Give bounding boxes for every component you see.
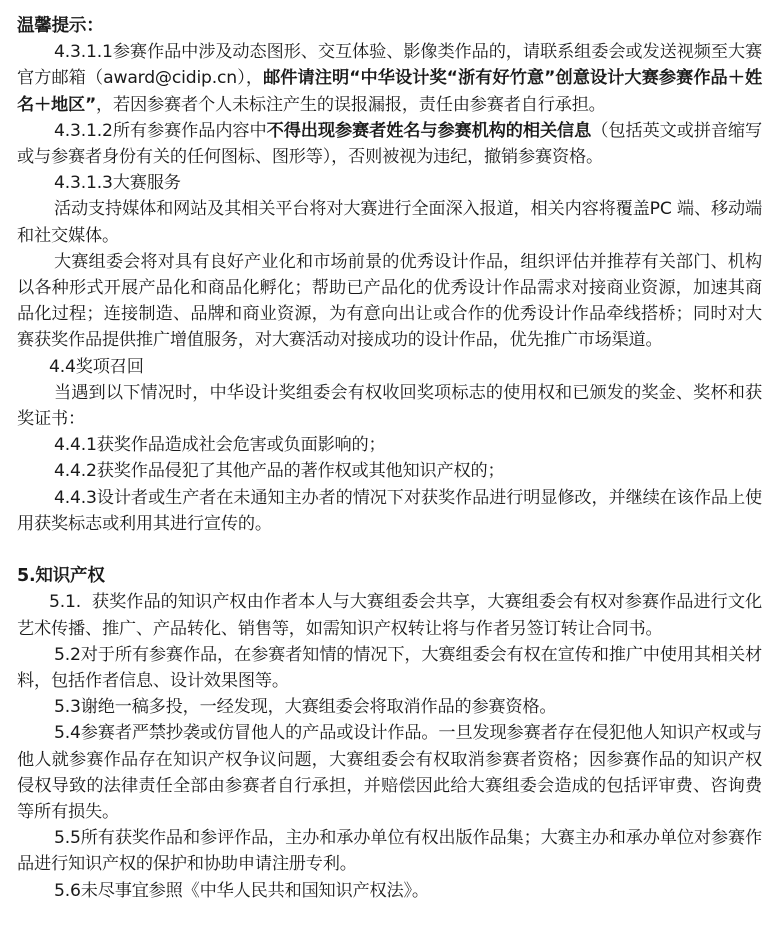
recall-item: 4.4.1获奖作品造成社会危害或负面影响的； bbox=[17, 432, 762, 458]
notice-emphasis: 不得出现参赛者姓名与参赛机构的相关信息 bbox=[267, 121, 592, 141]
ip-item: 5.6未尽事宜参照《中华人民共和国知识产权法》。 bbox=[17, 878, 762, 904]
document-body: 温馨提示： 4.3.1.1参赛作品中涉及动态图形、交互体验、影像类作品的，请联系… bbox=[17, 13, 762, 904]
ip-item: 5.3谢绝一稿多投，一经发现，大赛组委会将取消作品的参赛资格。 bbox=[17, 694, 762, 720]
ip-item: 5.1. 获奖作品的知识产权由作者本人与大赛组委会共享，大赛组委会有权对参赛作品… bbox=[17, 589, 762, 641]
notice-heading: 温馨提示： bbox=[17, 13, 762, 39]
notice-text: 4.3.1.2所有参赛作品内容中 bbox=[54, 121, 267, 141]
notice-paragraph-4-3-1-2: 4.3.1.2所有参赛作品内容中不得出现参赛者姓名与参赛机构的相关信息（包括英文… bbox=[17, 118, 762, 170]
ip-item: 5.5所有获奖作品和参评作品，主办和承办单位有权出版作品集；大赛主办和承办单位对… bbox=[17, 825, 762, 877]
ip-heading: 5.知识产权 bbox=[17, 563, 762, 589]
recall-title: 4.4奖项召回 bbox=[17, 354, 762, 380]
incubation-paragraph: 大赛组委会将对具有良好产业化和市场前景的优秀设计作品，组织评估并推荐有关部门、机… bbox=[17, 249, 762, 354]
notice-text: ，若因参赛者个人未标注产生的误报漏报，责任由参赛者自行承担。 bbox=[96, 95, 606, 115]
recall-item: 4.4.2获奖作品侵犯了其他产品的著作权或其他知识产权的； bbox=[17, 458, 762, 484]
recall-item: 4.4.3设计者或生产者在未通知主办者的情况下对获奖作品进行明显修改，并继续在该… bbox=[17, 485, 762, 537]
ip-item: 5.4参赛者严禁抄袭或仿冒他人的产品或设计作品。一旦发现参赛者存在侵犯他人知识产… bbox=[17, 720, 762, 825]
notice-paragraph-4-3-1-1: 4.3.1.1参赛作品中涉及动态图形、交互体验、影像类作品的，请联系组委会或发送… bbox=[17, 39, 762, 118]
service-title: 4.3.1.3大赛服务 bbox=[17, 170, 762, 196]
ip-item: 5.2对于所有参赛作品，在参赛者知情的情况下，大赛组委会有权在宣传和推广中使用其… bbox=[17, 642, 762, 694]
service-paragraph: 活动支持媒体和网站及其相关平台将对大赛进行全面深入报道，相关内容将覆盖PC 端、… bbox=[17, 196, 762, 248]
spacer bbox=[17, 537, 762, 563]
recall-intro: 当遇到以下情况时，中华设计奖组委会有权收回奖项标志的使用权和已颁发的奖金、奖杯和… bbox=[17, 380, 762, 432]
